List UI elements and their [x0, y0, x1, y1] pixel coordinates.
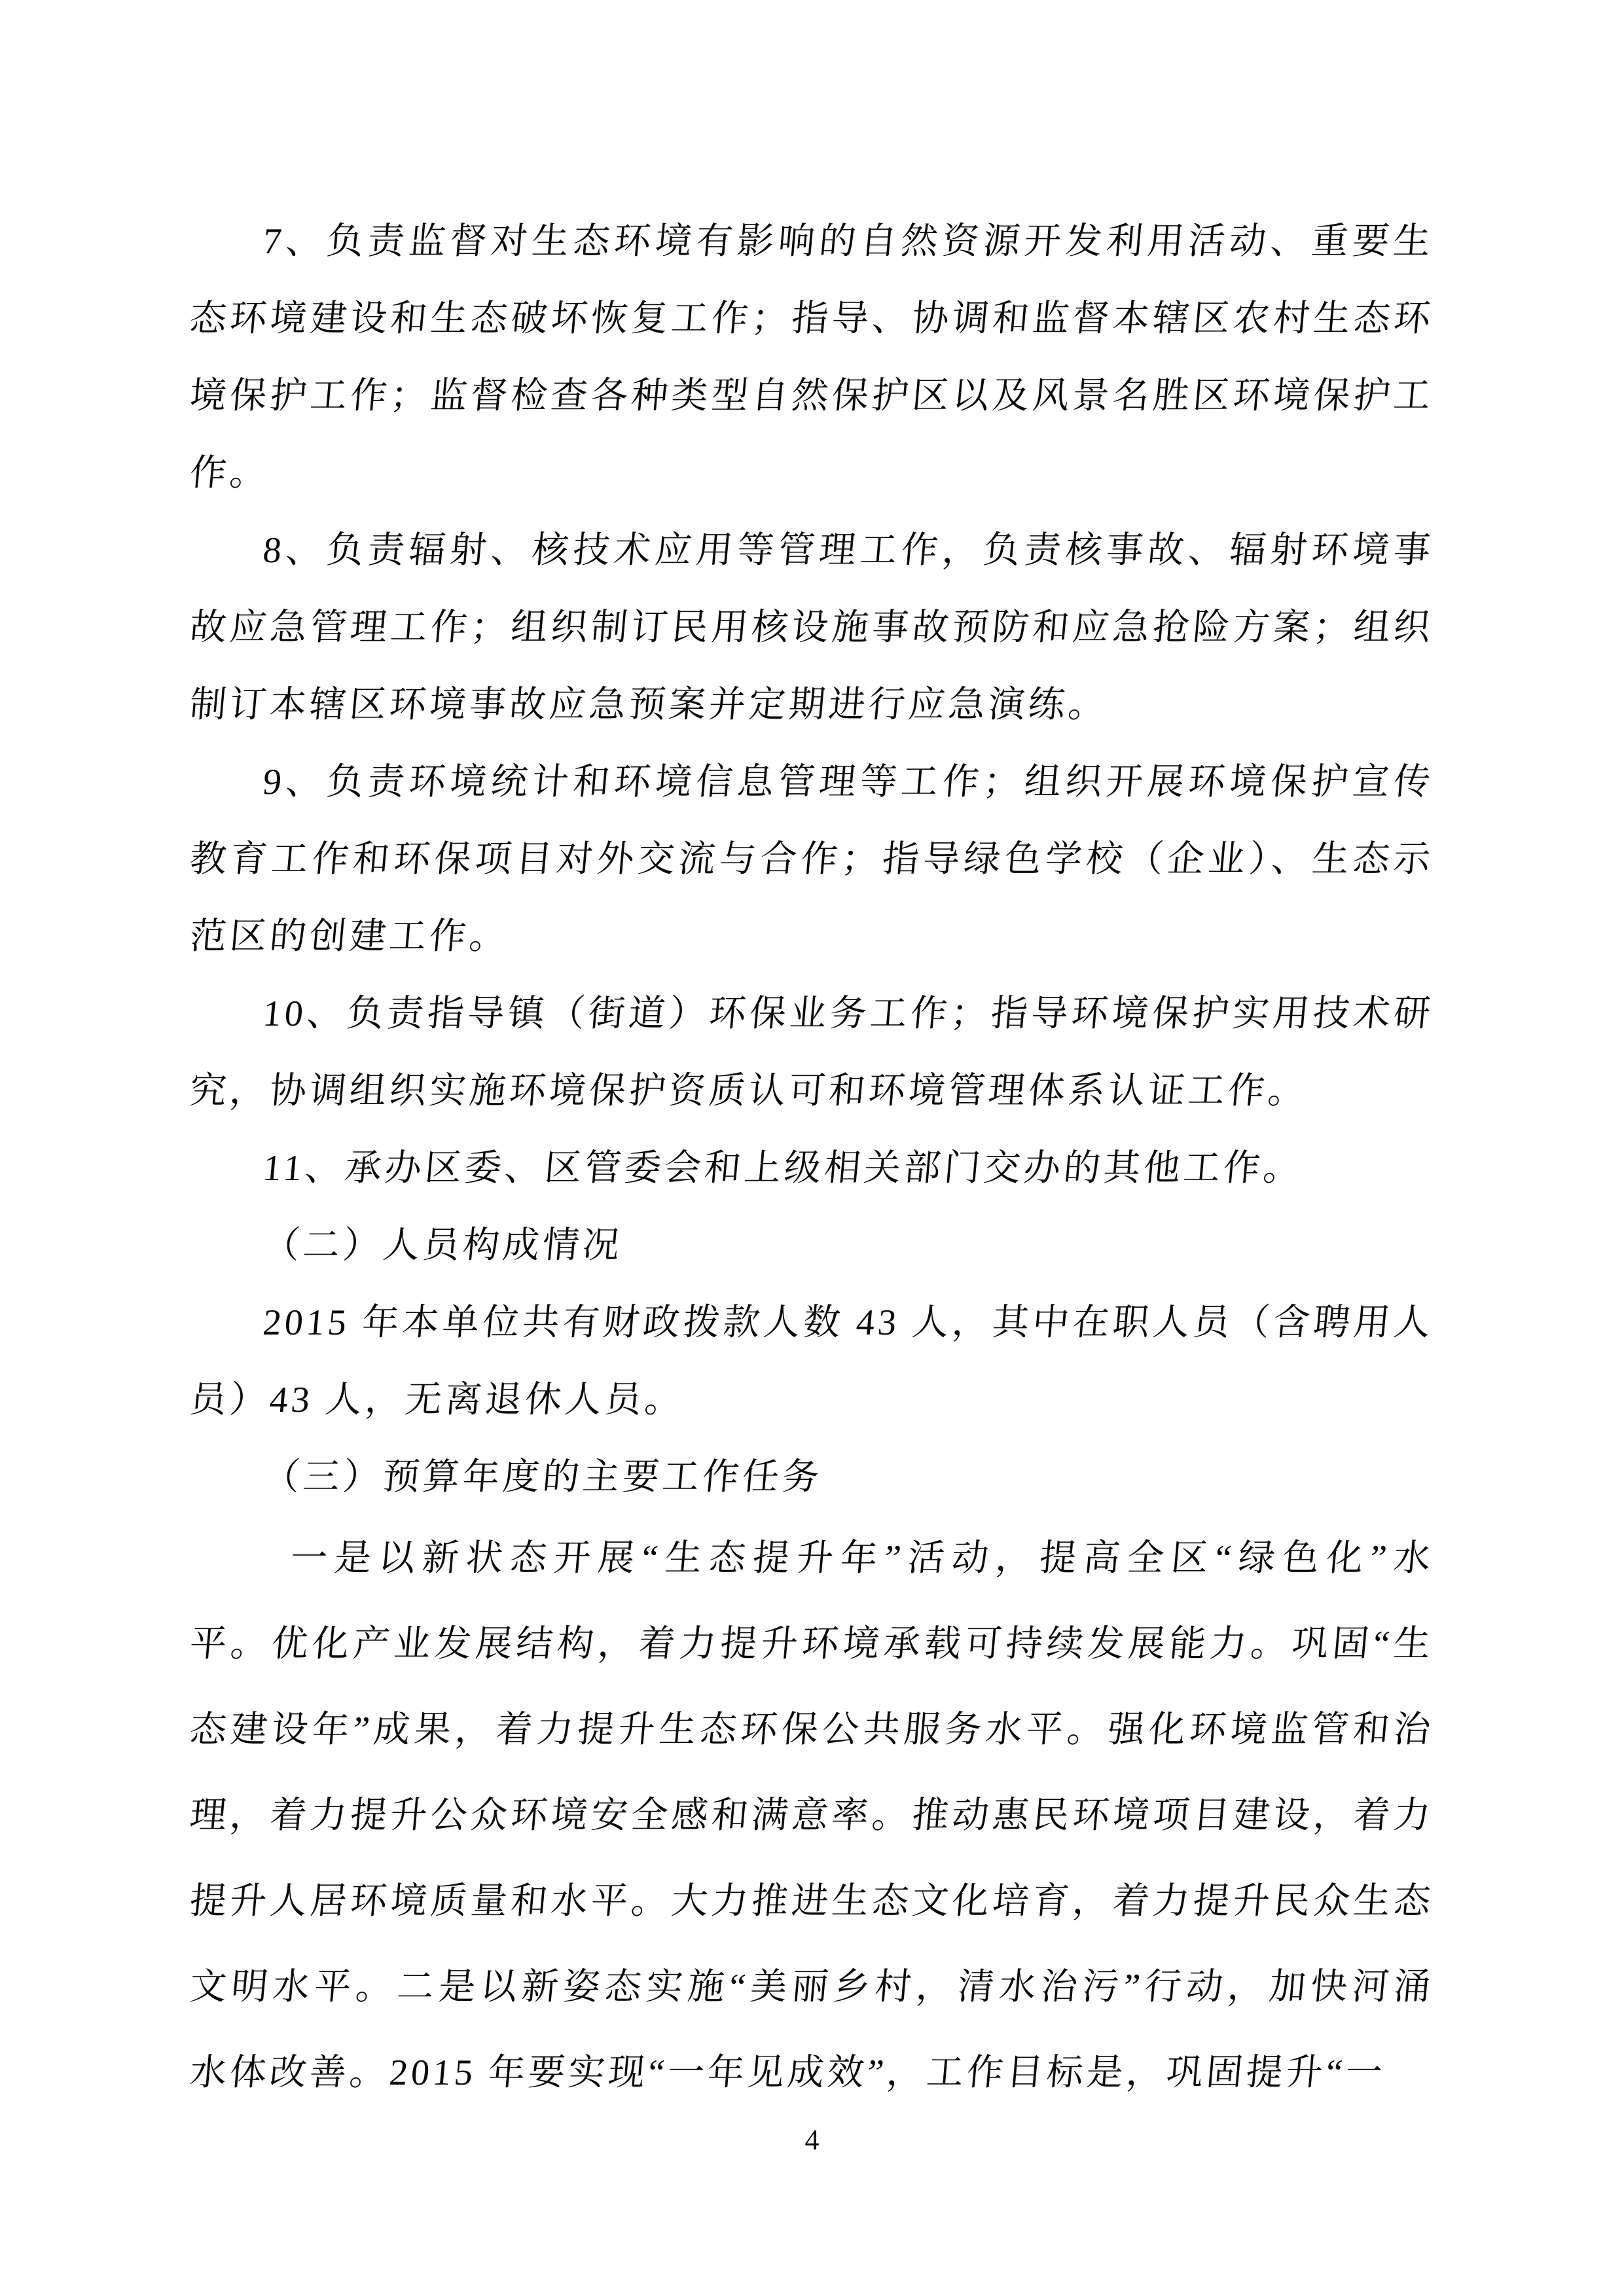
text-line: 境保护工作；监督检查各种类型自然保护区以及风景名胜区环境保护工	[187, 357, 1437, 435]
text-line: 9、负责环境统计和环境信息管理等工作；组织开展环境保护宣传	[187, 744, 1437, 821]
page-number: 4	[805, 2124, 820, 2156]
text-line: 教育工作和环保项目对外交流与合作；指导绿色学校（企业）、生态示	[187, 821, 1437, 898]
paragraph: 8、负责辐射、核技术应用等管理工作，负责核事故、辐射环境事故应急管理工作；组织制…	[190, 512, 1434, 744]
text-line: 10、负责指导镇（街道）环保业务工作；指导环境保护实用技术研	[187, 975, 1437, 1052]
document-body: 7、负责监督对生态环境有影响的自然资源开发利用活动、重要生态环境建设和生态破坏恢…	[190, 203, 1434, 2116]
text-line: 故应急管理工作；组织制订民用核设施事故预防和应急抢险方案；组织	[187, 589, 1437, 666]
text-line: 制订本辖区环境事故应急预案并定期进行应急演练。	[187, 666, 1437, 744]
text-line: 作。	[187, 435, 1437, 512]
document-page: 7、负责监督对生态环境有影响的自然资源开发利用活动、重要生态环境建设和生态破坏恢…	[0, 0, 1624, 2296]
text-line: 11、承办区委、区管委会和上级相关部门交办的其他工作。	[187, 1130, 1437, 1207]
paragraph: 2015 年本单位共有财政拨款人数 43 人，其中在职人员（含聘用人员）43 人…	[190, 1284, 1434, 1439]
text-line: 8、负责辐射、核技术应用等管理工作，负责核事故、辐射环境事	[187, 512, 1437, 589]
text-line: 2015 年本单位共有财政拨款人数 43 人，其中在职人员（含聘用人	[187, 1284, 1437, 1361]
paragraph: 7、负责监督对生态环境有影响的自然资源开发利用活动、重要生态环境建设和生态破坏恢…	[190, 203, 1434, 512]
text-line: 究，协调组织实施环境保护资质认可和环境管理体系认证工作。	[187, 1052, 1437, 1130]
text-line: 范区的创建工作。	[187, 898, 1437, 975]
text-line: 文明水平。二是以新姿态实施“美丽乡村，清水治污”行动，加快河涌	[186, 1945, 1437, 2030]
paragraph: （二）人员构成情况	[190, 1207, 1434, 1284]
text-line: 理，着力提升公众环境安全感和满意率。推动惠民环境项目建设，着力	[186, 1773, 1437, 1859]
text-line: 一是以新状态开展“生态提升年”活动，提高全区“绿色化”水	[186, 1516, 1437, 1602]
text-line: 态建设年”成果，着力提升生态环保公共服务水平。强化环境监管和治	[186, 1687, 1437, 1773]
paragraph: 11、承办区委、区管委会和上级相关部门交办的其他工作。	[190, 1130, 1434, 1207]
text-line: 水体改善。2015 年要实现“一年见成效”，工作目标是，巩固提升“一	[186, 2030, 1437, 2116]
text-line: 提升人居环境质量和水平。大力推进生态文化培育，着力提升民众生态	[186, 1859, 1437, 1945]
text-line: 7、负责监督对生态环境有影响的自然资源开发利用活动、重要生	[187, 203, 1437, 280]
text-line: （二）人员构成情况	[187, 1207, 1437, 1284]
text-line: （三）预算年度的主要工作任务	[187, 1439, 1437, 1516]
text-line: 平。优化产业发展结构，着力提升环境承载可持续发展能力。巩固“生	[186, 1602, 1437, 1687]
page-footer: 4	[0, 2123, 1624, 2157]
paragraph: 10、负责指导镇（街道）环保业务工作；指导环境保护实用技术研究，协调组织实施环境…	[190, 975, 1434, 1130]
paragraph: 一是以新状态开展“生态提升年”活动，提高全区“绿色化”水平。优化产业发展结构，着…	[190, 1516, 1434, 2116]
paragraph: 9、负责环境统计和环境信息管理等工作；组织开展环境保护宣传教育工作和环保项目对外…	[190, 744, 1434, 975]
text-line: 员）43 人，无离退休人员。	[187, 1361, 1437, 1439]
paragraph: （三）预算年度的主要工作任务	[190, 1439, 1434, 1516]
text-line: 态环境建设和生态破坏恢复工作；指导、协调和监督本辖区农村生态环	[187, 280, 1437, 357]
